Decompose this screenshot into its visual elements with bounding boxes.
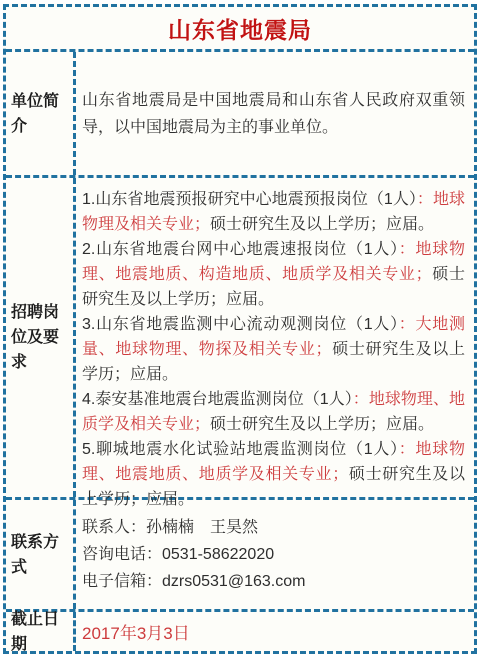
job-prefix: 5.聊城地震水化试验站地震监测岗位（1人） (82, 441, 399, 458)
contact-row: 联系方式 联系人：孙楠楠 王昊然 咨询电话：0531-58622020 电子信箱… (6, 497, 474, 609)
job-item-4: 4.泰安基准地震台地震监测岗位（1人）：地球物理、地质学及相关专业；硕士研究生及… (82, 387, 465, 437)
intro-content: 山东省地震局是中国地震局和山东省人民政府双重领导，以中国地震局为主的事业单位。 (76, 52, 474, 175)
intro-label: 单位简介 (6, 52, 76, 175)
job-suffix: 硕士研究生及以上学历；应届。 (210, 216, 434, 233)
job-item-1: 1.山东省地震预报研究中心地震预报岗位（1人）：地球物理及相关专业；硕士研究生及… (82, 187, 465, 237)
jobs-row: 招聘岗位及要求 1.山东省地震预报研究中心地震预报岗位（1人）：地球物理及相关专… (6, 175, 474, 497)
job-prefix: 4.泰安基准地震台地震监测岗位（1人） (82, 391, 353, 408)
contact-person-line: 联系人：孙楠楠 王昊然 (82, 514, 465, 541)
job-item-2: 2.山东省地震台网中心地震速报岗位（1人）：地球物理、地震地质、构造地质、地质学… (82, 237, 465, 312)
org-title: 山东省地震局 (168, 12, 312, 45)
table-title-row: 山东省地震局 (6, 7, 474, 49)
job-prefix: 3.山东省地震监测中心流动观测岗位（1人） (82, 316, 399, 333)
job-item-3: 3.山东省地震监测中心流动观测岗位（1人）：大地测量、地球物理、物探及相关专业；… (82, 312, 465, 387)
job-prefix: 2.山东省地震台网中心地震速报岗位（1人） (82, 241, 399, 258)
deadline-row: 截止日期 2017年3月3日 (6, 609, 474, 651)
contact-label: 联系方式 (6, 500, 76, 609)
contact-email-line: 电子信箱：dzrs0531@163.com (82, 568, 465, 595)
job-prefix: 1.山东省地震预报研究中心地震预报岗位（1人） (82, 191, 417, 208)
contact-content: 联系人：孙楠楠 王昊然 咨询电话：0531-58622020 电子信箱：dzrs… (76, 500, 474, 609)
jobs-label: 招聘岗位及要求 (6, 178, 76, 497)
contact-phone-line: 咨询电话：0531-58622020 (82, 541, 465, 568)
deadline-value: 2017年3月3日 (82, 619, 465, 644)
deadline-content: 2017年3月3日 (76, 612, 474, 651)
job-posting-table: 山东省地震局 单位简介 山东省地震局是中国地震局和山东省人民政府双重领导，以中国… (3, 4, 477, 654)
jobs-list: 1.山东省地震预报研究中心地震预报岗位（1人）：地球物理及相关专业；硕士研究生及… (76, 178, 474, 497)
intro-row: 单位简介 山东省地震局是中国地震局和山东省人民政府双重领导，以中国地震局为主的事… (6, 49, 474, 175)
deadline-label: 截止日期 (6, 612, 76, 651)
job-suffix: 硕士研究生及以上学历；应届。 (210, 416, 434, 433)
intro-text: 山东省地震局是中国地震局和山东省人民政府双重领导，以中国地震局为主的事业单位。 (82, 87, 465, 141)
